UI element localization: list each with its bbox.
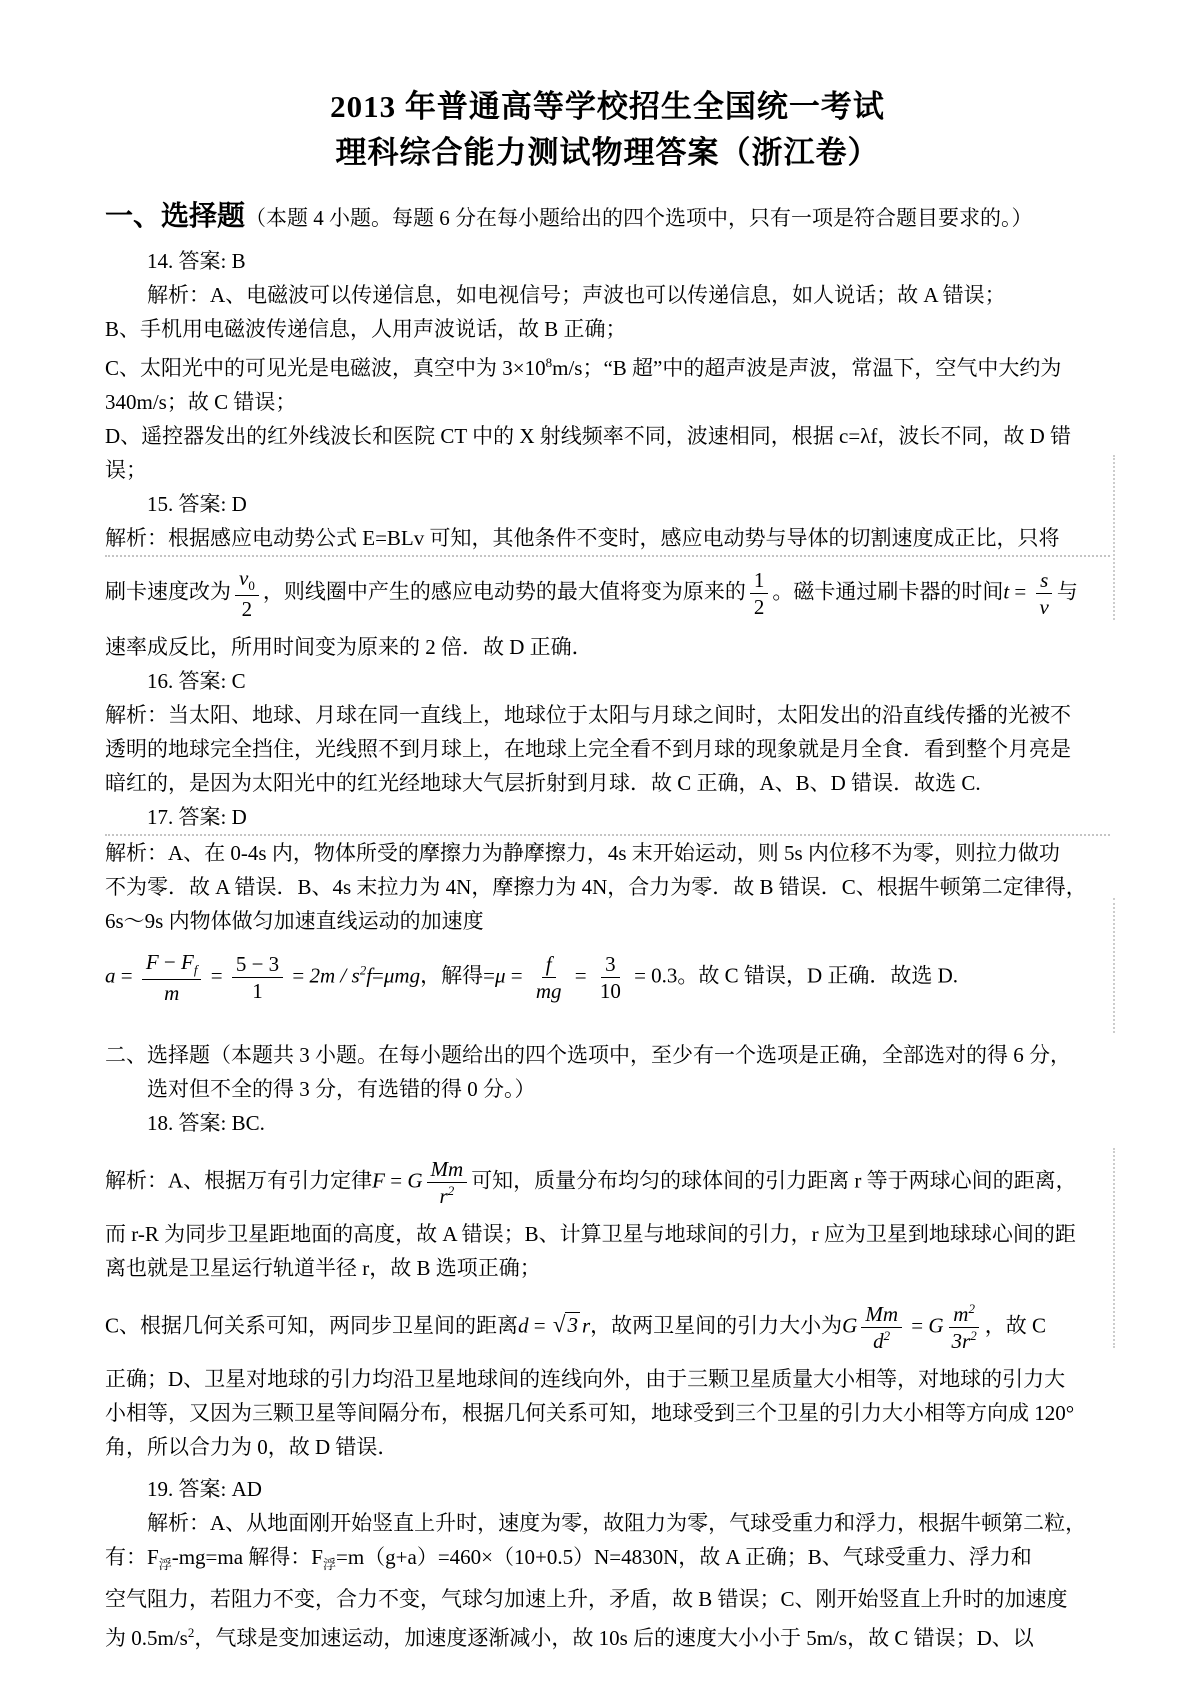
math-text: r bbox=[582, 1313, 590, 1337]
text-segment: B、手机用电磁波传递信息，人用声波说话，故 B 正确； bbox=[105, 317, 627, 341]
q17-answer: 17. 答案: D bbox=[105, 800, 1110, 836]
text-segment: D、遥控器发出的红外线波长和医院 CT 中的 X 射线频率不同，波速相同，根据 … bbox=[105, 424, 1071, 448]
math-text: a bbox=[105, 964, 116, 988]
text-segment: = 0.3。故 C 错误，D 正确．故选 D. bbox=[629, 964, 958, 988]
superscript: 2 bbox=[968, 1301, 975, 1316]
fraction-denominator: 3r2 bbox=[948, 1328, 981, 1353]
subscript: 0 bbox=[248, 578, 255, 593]
text-segment: = bbox=[116, 964, 138, 988]
text-segment: -mg=ma 解得：F bbox=[172, 1545, 323, 1569]
subscript: f bbox=[194, 962, 198, 977]
text-segment: C、根据几何关系可知，两同步卫星间的距离 bbox=[105, 1313, 518, 1337]
text-segment: = bbox=[385, 1168, 407, 1192]
fraction-numerator: 1 bbox=[750, 568, 769, 594]
section1-heading: 一、选择题（本题 4 小题。每题 6 分在每小题给出的四个选项中，只有一项是符合… bbox=[105, 194, 1110, 234]
section2-heading-1: 二、选择题（本题共 3 小题。在每小题给出的四个选项中，至少有一个选项是正确，全… bbox=[105, 1038, 1110, 1072]
fraction: m23r2 bbox=[948, 1302, 981, 1353]
text-segment: ，气球是变加速运动，加速度逐渐减小，故 10s 后的速度大小小于 5m/s，故 … bbox=[194, 1626, 1033, 1650]
text-segment: = bbox=[505, 964, 527, 988]
text-segment: = bbox=[1009, 579, 1031, 603]
margin-dotted-line bbox=[1113, 898, 1115, 1033]
subscript: 浮 bbox=[323, 1557, 336, 1572]
subscript: 浮 bbox=[159, 1557, 172, 1572]
text-segment: 刷卡速度改为 bbox=[105, 579, 231, 603]
text-segment: 解析：A、从地面刚开始竖直上升时，速度为零，故阻力为零，气球受重力和浮力，根据牛… bbox=[147, 1511, 1086, 1535]
text-segment: 解析：A、根据万有引力定律 bbox=[105, 1168, 372, 1192]
fraction-numerator: Mm bbox=[861, 1302, 902, 1328]
q18-analysis-1: 解析：A、根据万有引力定律F = GMmr2可知，质量分布均匀的球体间的引力距离… bbox=[105, 1148, 1110, 1217]
q14-analysis-1: 解析：A、电磁波可以传递信息，如电视信号；声波也可以传递信息，如人说话；故 A … bbox=[105, 278, 1110, 312]
q17-equation: a = F − Ffm = 5 − 31 = 2m / s2f=μmg，解得=μ… bbox=[105, 938, 1110, 1021]
text-segment: 暗红的，是因为太阳光中的红光经地球大气层折射到月球．故 C 正确，A、B、D 错… bbox=[105, 771, 981, 795]
text-segment: 14. 答案: B bbox=[147, 249, 246, 273]
q14-analysis-4: 340m/s；故 C 错误； bbox=[105, 385, 1110, 419]
math-text: r bbox=[440, 1184, 448, 1208]
text-segment: 离也就是卫星运行轨道半径 r，故 B 选项正确； bbox=[105, 1256, 541, 1280]
q19-analysis-2: 有：F浮-mg=ma 解得：F浮=m（g+a）=460×（10+0.5）N=48… bbox=[105, 1540, 1110, 1582]
fraction: v02 bbox=[235, 566, 259, 621]
fraction-denominator: d2 bbox=[869, 1328, 894, 1353]
fraction-denominator: 2 bbox=[238, 596, 257, 621]
q19-analysis-4: 为 0.5m/s2，气球是变加速运动，加速度逐渐减小，故 10s 后的速度大小小… bbox=[105, 1616, 1110, 1655]
superscript: 2 bbox=[970, 1328, 977, 1343]
math-text: v bbox=[1040, 595, 1049, 619]
math-text: f bbox=[546, 952, 552, 976]
fraction: 12 bbox=[750, 568, 769, 619]
q14-answer: 14. 答案: B bbox=[105, 244, 1110, 278]
text-segment: 不为零．故 A 错误．B、4s 末拉力为 4N，摩擦力为 4N，合力为零．故 B… bbox=[105, 875, 1087, 899]
text-segment: 2 bbox=[754, 595, 765, 619]
q16-analysis-3: 暗红的，是因为太阳光中的红光经地球大气层折射到月球．故 C 正确，A、B、D 错… bbox=[105, 766, 1110, 800]
text-segment: 可知，质量分布均匀的球体间的引力距离 r 等于两球心间的距离， bbox=[471, 1168, 1077, 1192]
q18-analysis-2: 而 r-R 为同步卫星距地面的高度，故 A 错误；B、计算卫星与地球间的引力，r… bbox=[105, 1217, 1110, 1251]
math-text: G bbox=[407, 1168, 422, 1192]
doc-title-line-2: 理科综合能力测试物理答案（浙江卷） bbox=[105, 130, 1110, 176]
text-segment: ，则线圈中产生的感应电动势的最大值将变为原来的 bbox=[263, 579, 746, 603]
document-content: 2013 年普通高等学校招生全国统一考试 理科综合能力测试物理答案（浙江卷） 一… bbox=[105, 84, 1110, 1655]
text-segment: = bbox=[372, 964, 384, 988]
math-text: m bbox=[953, 1302, 968, 1326]
text-segment: 3 bbox=[605, 952, 616, 976]
text-segment: C、太阳光中的可见光是电磁波，真空中为 3×10 bbox=[105, 356, 546, 380]
text-segment: = bbox=[205, 964, 227, 988]
text-segment: = bbox=[570, 964, 592, 988]
q14-analysis-6: 误； bbox=[105, 453, 1110, 487]
fraction-denominator: mg bbox=[532, 978, 566, 1003]
section1-title: 一、选择题 bbox=[105, 201, 245, 232]
math-text: Mm bbox=[431, 1157, 464, 1181]
fraction-numerator: 3 bbox=[601, 952, 620, 978]
math-text: d bbox=[873, 1329, 884, 1353]
math-text: s bbox=[1040, 568, 1048, 592]
section1-note: （本题 4 小题。每题 6 分在每小题给出的四个选项中，只有一项是符合题目要求的… bbox=[245, 206, 1033, 230]
text-segment: = bbox=[287, 964, 309, 988]
superscript: 2 bbox=[448, 1183, 455, 1198]
sqrt-argument: 3 bbox=[565, 1312, 580, 1337]
text-segment: 6s～9s 内物体做匀加速直线运动的加速度 bbox=[105, 909, 484, 933]
math-text: v bbox=[239, 566, 248, 590]
math-text: F bbox=[146, 950, 159, 974]
superscript: 2 bbox=[884, 1328, 891, 1343]
sqrt-symbol: √ bbox=[553, 1312, 566, 1337]
q15-analysis-2: 刷卡速度改为v02，则线圈中产生的感应电动势的最大值将变为原来的12。磁卡通过刷… bbox=[105, 557, 1110, 630]
text-segment: 与 bbox=[1057, 579, 1078, 603]
q18-analysis-6: 小相等，又因为三颗卫星等间隔分布，根据几何关系可知，地球受到三个卫星的引力大小相… bbox=[105, 1396, 1110, 1430]
math-text: Mm bbox=[865, 1302, 898, 1326]
q18-analysis-4: C、根据几何关系可知，两同步卫星间的距离d = √3r，故两卫星间的引力大小为G… bbox=[105, 1293, 1110, 1362]
sqrt-radical: √3 bbox=[553, 1312, 580, 1338]
text-segment: ，故 C bbox=[985, 1313, 1046, 1337]
fraction-denominator: 1 bbox=[248, 978, 267, 1003]
text-segment: 解析：根据感应电动势公式 E=BLv 可知，其他条件不变时，感应电动势与导体的切… bbox=[105, 526, 1060, 550]
text-segment: 解析：A、电磁波可以传递信息，如电视信号；声波也可以传递信息，如人说话；故 A … bbox=[147, 283, 1006, 307]
math-text: d bbox=[518, 1313, 529, 1337]
text-segment: 解析：当太阳、地球、月球在同一直线上，地球位于太阳与月球之间时，太阳发出的沿直线… bbox=[105, 703, 1071, 727]
text-segment: 。磁卡通过刷卡器的时间 bbox=[772, 579, 1003, 603]
q15-analysis-3: 速率成反比，所用时间变为原来的 2 倍．故 D 正确． bbox=[105, 630, 1110, 664]
document-page: 2013 年普通高等学校招生全国统一考试 理科综合能力测试物理答案（浙江卷） 一… bbox=[0, 0, 1200, 1698]
fraction-denominator: r2 bbox=[436, 1183, 459, 1208]
math-text: G bbox=[928, 1313, 943, 1337]
margin-dotted-line bbox=[1113, 1148, 1115, 1348]
text-segment: 340m/s；故 C 错误； bbox=[105, 390, 296, 414]
text-segment: 17. 答案: D bbox=[147, 805, 247, 829]
text-segment: 1 bbox=[252, 979, 263, 1003]
fraction: fmg bbox=[532, 952, 566, 1003]
margin-dotted-line bbox=[1113, 455, 1115, 620]
q18-analysis-5: 正确；D、卫星对地球的引力均沿卫星地球间的连线向外，由于三颗卫星质量大小相等，对… bbox=[105, 1362, 1110, 1396]
fraction-numerator: 5 − 3 bbox=[232, 952, 283, 978]
fraction: sv bbox=[1036, 568, 1053, 619]
fraction-numerator: F − Ff bbox=[142, 950, 202, 980]
q17-analysis-3: 6s～9s 内物体做匀加速直线运动的加速度 bbox=[105, 904, 1110, 938]
fraction-numerator: Mm bbox=[427, 1157, 468, 1183]
text-segment: 19. 答案: AD bbox=[147, 1477, 262, 1501]
text-segment: 16. 答案: C bbox=[147, 669, 246, 693]
fraction-denominator: m bbox=[160, 980, 183, 1005]
fraction-denominator: 10 bbox=[596, 978, 625, 1003]
q19-analysis-1: 解析：A、从地面刚开始竖直上升时，速度为零，故阻力为零，气球受重力和浮力，根据牛… bbox=[105, 1506, 1110, 1540]
q18-answer: 18. 答案: BC. bbox=[105, 1106, 1110, 1140]
text-segment: 18. 答案: BC. bbox=[147, 1111, 265, 1135]
document-body: 14. 答案: B解析：A、电磁波可以传递信息，如电视信号；声波也可以传递信息，… bbox=[105, 244, 1110, 1655]
q19-analysis-3: 空气阻力，若阻力不变，合力不变，气球匀加速上升，矛盾，故 B 错误；C、刚开始竖… bbox=[105, 1582, 1110, 1616]
math-text: m bbox=[164, 981, 179, 1005]
text-segment: 15. 答案: D bbox=[147, 492, 247, 516]
text-segment: 5 − 3 bbox=[236, 952, 279, 976]
text-segment: 正确；D、卫星对地球的引力均沿卫星地球间的连线向外，由于三颗卫星质量大小相等，对… bbox=[105, 1367, 1065, 1391]
text-segment: 有：F bbox=[105, 1545, 159, 1569]
fraction-numerator: m2 bbox=[949, 1302, 979, 1328]
q17-analysis-1: 解析：A、在 0-4s 内，物体所受的摩擦力为静摩擦力，4s 末开始运动，则 5… bbox=[105, 836, 1110, 870]
q17-analysis-2: 不为零．故 A 错误．B、4s 末拉力为 4N，摩擦力为 4N，合力为零．故 B… bbox=[105, 870, 1110, 904]
q15-analysis-1: 解析：根据感应电动势公式 E=BLv 可知，其他条件不变时，感应电动势与导体的切… bbox=[105, 521, 1110, 557]
fraction-denominator: v bbox=[1036, 594, 1053, 619]
math-text: 2m / s bbox=[310, 964, 360, 988]
q14-analysis-5: D、遥控器发出的红外线波长和医院 CT 中的 X 射线频率不同，波速相同，根据 … bbox=[105, 419, 1110, 453]
math-text: F bbox=[181, 950, 194, 974]
text-segment: ，故两卫星间的引力大小为 bbox=[590, 1313, 842, 1337]
text-segment: 透明的地球完全挡住，光线照不到月球上，在地球上完全看不到月球的现象就是月全食．看… bbox=[105, 737, 1071, 761]
doc-title-line-1: 2013 年普通高等学校招生全国统一考试 bbox=[105, 84, 1110, 130]
fraction-numerator: s bbox=[1036, 568, 1052, 594]
text-segment: − bbox=[159, 950, 181, 974]
q16-answer: 16. 答案: C bbox=[105, 664, 1110, 698]
fraction: 5 − 31 bbox=[232, 952, 283, 1003]
q16-analysis-1: 解析：当太阳、地球、月球在同一直线上，地球位于太阳与月球之间时，太阳发出的沿直线… bbox=[105, 698, 1110, 732]
q18-analysis-7: 角，所以合力为 0，故 D 错误． bbox=[105, 1430, 1110, 1464]
text-segment: ，解得= bbox=[420, 964, 495, 988]
math-text: 3r bbox=[952, 1329, 971, 1353]
math-text: F bbox=[372, 1168, 385, 1192]
text-segment: 速率成反比，所用时间变为原来的 2 倍．故 D 正确． bbox=[105, 635, 593, 659]
q14-analysis-2: B、手机用电磁波传递信息，人用声波说话，故 B 正确； bbox=[105, 312, 1110, 346]
fraction: F − Ffm bbox=[142, 950, 202, 1005]
text-segment: 选对但不全的得 3 分，有选错的得 0 分。） bbox=[147, 1077, 536, 1101]
q19-answer: 19. 答案: AD bbox=[105, 1472, 1110, 1506]
text-segment: 1 bbox=[754, 568, 765, 592]
text-segment: 解析：A、在 0-4s 内，物体所受的摩擦力为静摩擦力，4s 末开始运动，则 5… bbox=[105, 841, 1060, 865]
text-segment: = bbox=[529, 1313, 551, 1337]
math-text: mg bbox=[536, 979, 562, 1003]
fraction-numerator: f bbox=[542, 952, 556, 978]
math-text: μmg bbox=[384, 964, 420, 988]
fraction-numerator: v0 bbox=[235, 566, 259, 596]
text-segment: = bbox=[906, 1313, 928, 1337]
text-segment: 误； bbox=[105, 458, 147, 482]
math-text: μ bbox=[495, 964, 506, 988]
fraction: Mmr2 bbox=[427, 1157, 468, 1208]
text-segment: m/s；“B 超”中的超声波是声波，常温下，空气中大约为 bbox=[552, 356, 1061, 380]
text-segment: 为 0.5m/s bbox=[105, 1626, 188, 1650]
text-segment: 10 bbox=[600, 979, 621, 1003]
text-segment: 空气阻力，若阻力不变，合力不变，气球匀加速上升，矛盾，故 B 错误；C、刚开始竖… bbox=[105, 1587, 1068, 1611]
text-segment: 2 bbox=[242, 597, 253, 621]
q14-analysis-3: C、太阳光中的可见光是电磁波，真空中为 3×108m/s；“B 超”中的超声波是… bbox=[105, 346, 1110, 385]
q15-answer: 15. 答案: D bbox=[105, 487, 1110, 521]
q16-analysis-2: 透明的地球完全挡住，光线照不到月球上，在地球上完全看不到月球的现象就是月全食．看… bbox=[105, 732, 1110, 766]
math-text: G bbox=[842, 1313, 857, 1337]
text-segment: 小相等，又因为三颗卫星等间隔分布，根据几何关系可知，地球受到三个卫星的引力大小相… bbox=[105, 1401, 1074, 1425]
section2-heading-2: 选对但不全的得 3 分，有选错的得 0 分。） bbox=[105, 1072, 1110, 1106]
text-segment: 而 r-R 为同步卫星距地面的高度，故 A 错误；B、计算卫星与地球间的引力，r… bbox=[105, 1222, 1076, 1246]
fraction-denominator: 2 bbox=[750, 594, 769, 619]
text-segment: 角，所以合力为 0，故 D 错误． bbox=[105, 1435, 398, 1459]
fraction: Mmd2 bbox=[861, 1302, 902, 1353]
text-segment: =m（g+a）=460×（10+0.5）N=4830N，故 A 正确；B、气球受… bbox=[336, 1545, 1032, 1569]
text-segment: 二、选择题（本题共 3 小题。在每小题给出的四个选项中，至少有一个选项是正确，全… bbox=[105, 1043, 1071, 1067]
fraction: 310 bbox=[596, 952, 625, 1003]
q18-analysis-3: 离也就是卫星运行轨道半径 r，故 B 选项正确； bbox=[105, 1251, 1110, 1285]
